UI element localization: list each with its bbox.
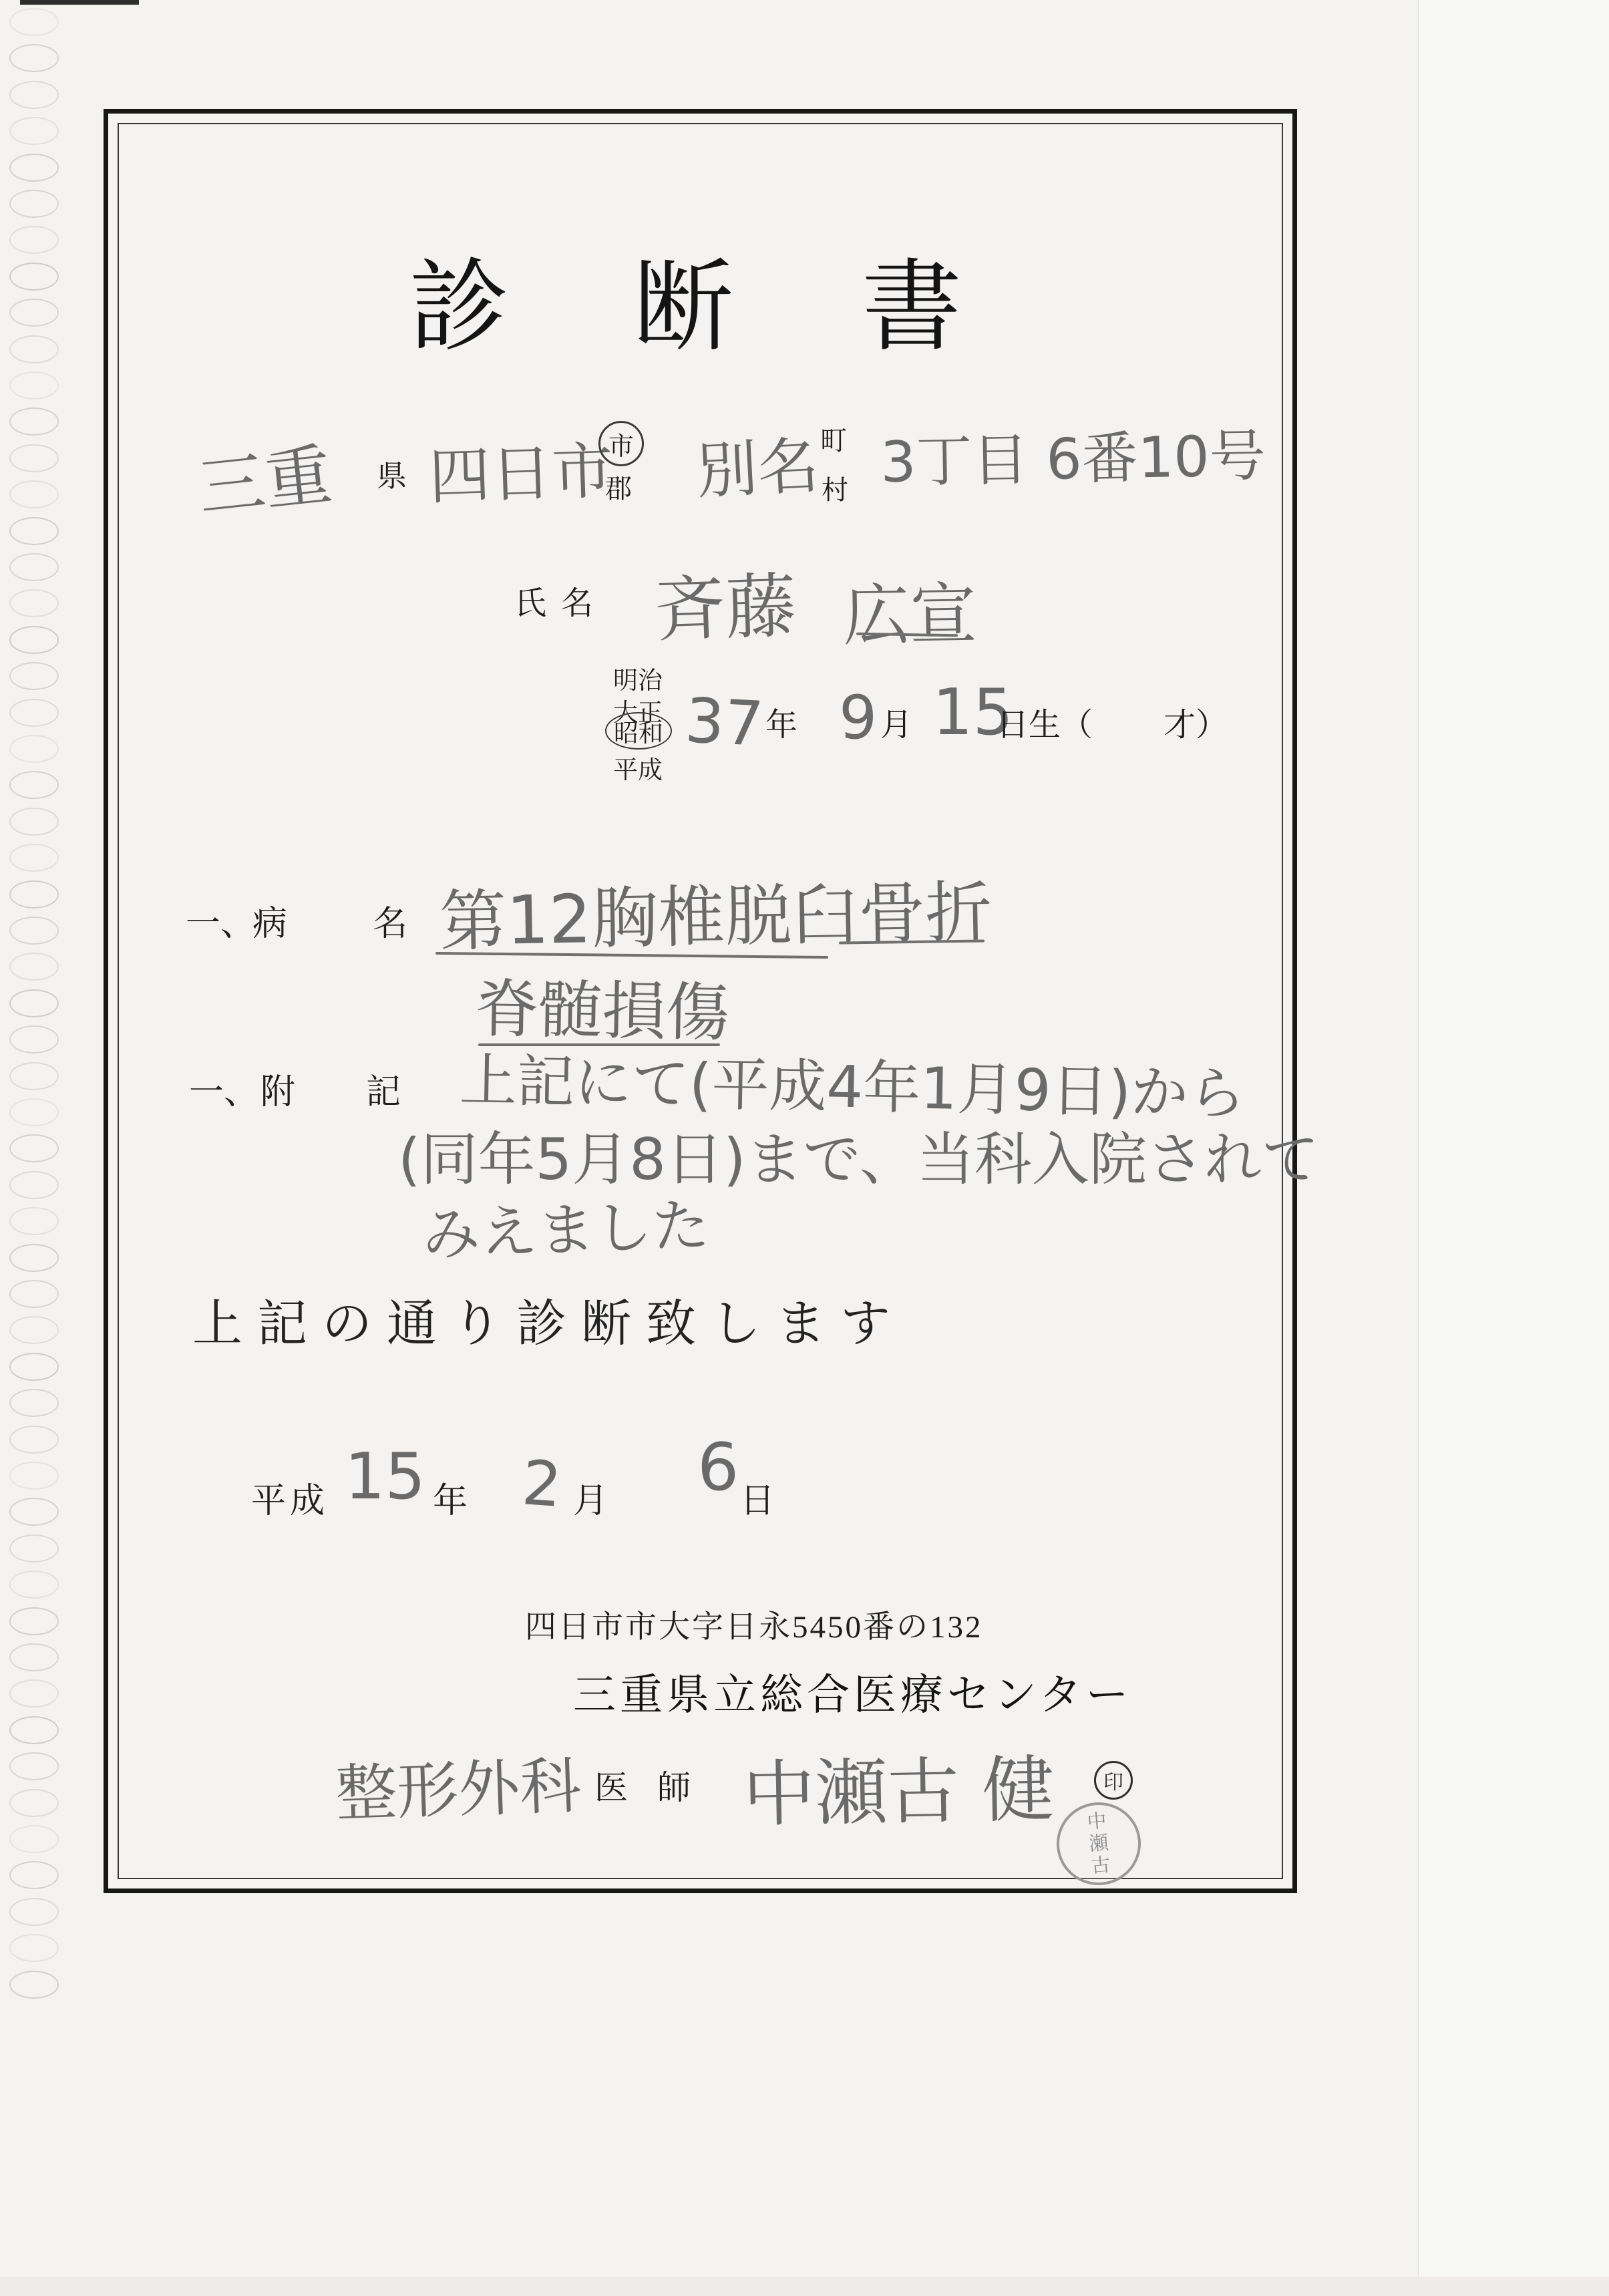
- birth-day-suffix-label: 日生（: [997, 699, 1093, 745]
- binder-hole: [9, 1971, 59, 1999]
- binder-hole: [9, 1062, 59, 1090]
- birth-month-handwritten: 9: [839, 683, 877, 753]
- binder-hole: [9, 1353, 59, 1381]
- binder-hole: [9, 226, 59, 254]
- city-suffix-label: 市: [608, 426, 634, 462]
- binder-hole: [9, 1244, 59, 1272]
- binder-hole: [9, 1280, 59, 1308]
- binder-hole: [9, 1934, 59, 1962]
- binder-hole: [9, 1498, 59, 1526]
- seal-placeholder-mark: 印: [1094, 1761, 1133, 1800]
- binder-hole: [9, 8, 59, 36]
- binder-hole: [9, 190, 59, 218]
- date-year-suffix: 年: [433, 1472, 468, 1522]
- binder-hole: [9, 880, 59, 909]
- binder-hole: [9, 480, 59, 508]
- binder-hole: [9, 1389, 59, 1417]
- binder-hole: [9, 771, 59, 799]
- binder-hole: [9, 844, 59, 872]
- binder-hole: [9, 1825, 59, 1853]
- binder-hole: [9, 735, 59, 763]
- binder-hole: [9, 626, 59, 654]
- document-title-char: 断: [633, 226, 733, 370]
- binder-hole: [9, 808, 59, 836]
- era-option-showa: 昭和: [614, 713, 663, 749]
- seal-placeholder-label: 印: [1103, 1766, 1123, 1795]
- date-month-suffix: 月: [573, 1472, 608, 1522]
- patient-family-name-handwritten: 斉藤: [653, 549, 797, 655]
- binder-hole: [9, 1643, 59, 1671]
- county-suffix-label: 郡: [605, 468, 632, 506]
- doctor-name-handwritten: 中瀬古 健: [742, 1732, 1055, 1840]
- closing-statement: 上記の通り診断致します: [192, 1284, 905, 1355]
- binder-hole: [9, 989, 59, 1017]
- diagnosis-label-a: 病: [252, 895, 287, 945]
- binder-hole: [9, 371, 59, 399]
- binder-hole: [9, 154, 59, 182]
- city-suffix-circled: 市: [598, 421, 644, 466]
- binder-hole: [9, 553, 59, 581]
- date-day-suffix: 日: [740, 1472, 775, 1522]
- date-year-handwritten: 15: [345, 1440, 425, 1514]
- binder-hole: [9, 1789, 59, 1817]
- binder-hole: [9, 1534, 59, 1563]
- document-title-char: 書: [862, 226, 962, 370]
- notes-item-marker: 一、: [189, 1063, 258, 1114]
- name-label: 氏名: [514, 577, 608, 623]
- binder-hole: [9, 1752, 59, 1780]
- scanned-medical-certificate: 診 断 書 三重 県 四日市 市 郡 別名 町 村 3丁目 6番10号 氏名 斉…: [0, 0, 1609, 2296]
- binder-hole: [9, 1898, 59, 1926]
- era-showa-circle: 昭和: [605, 712, 672, 750]
- patient-district-handwritten: 別名: [694, 416, 822, 510]
- birth-year-handwritten: 37: [683, 685, 765, 760]
- binder-hole: [9, 1571, 59, 1599]
- binder-hole: [9, 1861, 59, 1889]
- binder-hole: [9, 407, 59, 436]
- patient-given-name-handwritten: 広宣: [842, 560, 977, 658]
- binder-hole: [9, 81, 59, 109]
- birth-month-suffix: 月: [880, 699, 912, 745]
- date-era-label: 平成: [251, 1472, 329, 1522]
- birth-year-suffix: 年: [765, 699, 797, 745]
- binder-hole: [9, 1134, 59, 1162]
- binder-hole: [9, 117, 59, 145]
- notes-label-b: 記: [366, 1063, 401, 1114]
- seal-char: 古: [1090, 1854, 1111, 1877]
- binder-hole: [9, 917, 59, 945]
- binder-hole: [9, 517, 59, 545]
- binder-hole: [9, 1025, 59, 1053]
- document-title-char: 診: [409, 226, 509, 370]
- notes-line3-handwritten: みえました: [421, 1179, 711, 1272]
- binder-hole: [9, 335, 59, 363]
- binder-hole: [9, 444, 59, 472]
- date-month-handwritten: 2: [520, 1447, 564, 1521]
- binder-hole: [9, 662, 59, 690]
- binder-hole: [9, 263, 59, 291]
- age-blank-label: 才）: [1164, 699, 1228, 745]
- era-option-meiji: 明治: [613, 660, 663, 696]
- hospital-address: 四日市市大字日永5450番の132: [525, 1602, 983, 1647]
- binder-hole: [9, 1316, 59, 1344]
- patient-city-handwritten: 四日市: [427, 422, 614, 516]
- scan-paper-edge: [1418, 0, 1609, 2296]
- patient-street-handwritten: 3丁目 6番10号: [880, 411, 1266, 498]
- seal-char: 中: [1086, 1810, 1107, 1833]
- binder-hole: [9, 589, 59, 617]
- prefecture-suffix-label: 県: [377, 452, 407, 495]
- binder-hole: [9, 699, 59, 727]
- doctor-label: 医師: [594, 1761, 720, 1809]
- binder-hole: [9, 1171, 59, 1199]
- scan-bottom-shadow: [0, 2277, 1609, 2296]
- notes-label-a: 附: [260, 1063, 295, 1114]
- binder-hole: [9, 1607, 59, 1635]
- binder-hole: [9, 1679, 59, 1707]
- binder-hole: [9, 1716, 59, 1744]
- diagnosis-label-b: 名: [373, 895, 407, 945]
- date-day-handwritten: 6: [697, 1430, 739, 1506]
- patient-prefecture-handwritten: 三重: [193, 421, 336, 530]
- binder-hole: [9, 1207, 59, 1235]
- binder-hole: [9, 1462, 59, 1490]
- notes-line2-handwritten: (同年5月8日)まで、当科入院されて: [398, 1113, 1319, 1196]
- department-handwritten: 整形外科: [334, 1737, 582, 1834]
- town-suffix-label: 町: [820, 420, 847, 458]
- binder-hole: [9, 1426, 59, 1454]
- seal-char: 瀬: [1088, 1832, 1109, 1855]
- scan-edge-mark: [20, 0, 139, 5]
- binder-hole: [9, 44, 59, 72]
- diagnosis-item-marker: 一、: [186, 895, 255, 945]
- hospital-name: 三重県立総合医療センター: [573, 1661, 1132, 1722]
- binder-hole: [9, 1098, 59, 1126]
- binder-hole: [9, 299, 59, 327]
- diagnosis-line1-handwritten: 第12胸椎脱臼骨折: [439, 858, 993, 964]
- era-option-heisei: 平成: [613, 750, 663, 786]
- binder-hole: [9, 953, 59, 981]
- village-suffix-label: 村: [822, 469, 848, 507]
